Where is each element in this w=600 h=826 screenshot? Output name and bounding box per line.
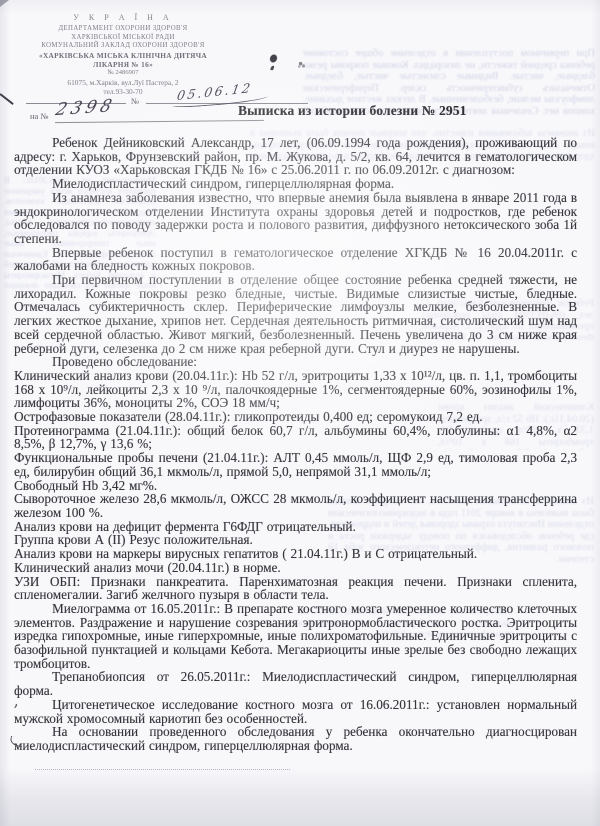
- handwritten-margin-hook: [9, 736, 24, 748]
- outgoing-number-label: №: [131, 96, 139, 106]
- body-paragraph: Свободный Hb 3,42 мг%.: [14, 479, 577, 493]
- body-paragraph: Впервые ребенок поступил в гематологичес…: [14, 246, 577, 273]
- body-paragraph: Острофазовые показатели (28.04.11г.): гл…: [14, 410, 577, 424]
- body-paragraph: УЗИ ОБП: Признаки панкреатита. Паренхима…: [14, 575, 577, 602]
- letterhead-hospital-name-line1: «ХАРКІВСЬКА МІСЬКА КЛІНІЧНА ДИТЯЧА: [6, 51, 240, 60]
- body-paragraph: Цитогенетическое исследование костного м…: [14, 698, 577, 725]
- letterhead-org-type: КОМУНАЛЬНИЙ ЗАКЛАД ОХОРОНИ ЗДОРОВ'Я: [6, 42, 240, 51]
- body-paragraph: Анализ крови на дефицит фермента Г6ФДГ о…: [14, 520, 577, 534]
- ink-speck: [297, 60, 306, 69]
- body-paragraph: При первичном поступлении в отделение об…: [14, 273, 577, 355]
- body-paragraph: Ребенок Дейниковский Александр, 17 лет, …: [14, 136, 577, 177]
- document-body: Ребенок Дейниковский Александр, 17 лет, …: [14, 136, 577, 753]
- body-paragraph: Проведено обследование:: [14, 355, 577, 369]
- body-paragraph: Трепанобиопсия от 26.05.2011г.: Миелодис…: [14, 670, 577, 697]
- handwritten-incoming-number: 2398: [54, 96, 118, 121]
- body-paragraph: Клинический анализ мочи (20.04.11г.) в н…: [14, 561, 577, 575]
- document-title: Выписка из истории болезни № 2951: [238, 103, 467, 119]
- scan-corner-artifact: [0, 0, 9, 7]
- body-paragraph: Анализ крови на маркеры вирусных гепатит…: [14, 547, 577, 561]
- body-paragraph: Из анамнеза заболевания известно, что вп…: [14, 191, 577, 246]
- body-paragraph-diagnosis: Миелодиспластический синдром, гиперцеллю…: [14, 177, 577, 191]
- ink-blot: [266, 50, 281, 66]
- incoming-number-rule: [55, 120, 264, 123]
- body-paragraph: Сывороточное железо 28,6 мкмоль/л, ОЖСС …: [14, 492, 577, 519]
- bleed-through-dotted-line: [35, 769, 290, 770]
- body-paragraph-blood-test: Клинический анализ крови (20.04.11г.): H…: [14, 369, 577, 410]
- letterhead-country: У К Р А Ї Н А: [6, 13, 240, 22]
- letterhead: У К Р А Ї Н А ДЕПАРТАМЕНТ ОХОРОНИ ЗДОРОВ…: [6, 13, 240, 96]
- body-paragraph: Миелограмма от 16.05.2011г.: В препарате…: [14, 602, 577, 671]
- body-paragraph-conclusion: На основании проведенного обследования у…: [14, 725, 577, 752]
- body-paragraph: Группа крови А (II) Резус положительная.: [14, 533, 577, 547]
- letterhead-reg-number: № 2486907: [6, 69, 240, 78]
- body-paragraph: Функциональные пробы печени (21.04.11г.)…: [14, 451, 577, 478]
- scanned-discharge-summary-page: При первичном поступлении в отделение об…: [0, 0, 600, 826]
- body-paragraph: Протеинограмма (21.04.11г.): общий белок…: [14, 424, 577, 451]
- letterhead-hospital-name-line2: ЛІКАРНЯ № 16»: [6, 60, 240, 69]
- letterhead-department-line1: ДЕПАРТАМЕНТ ОХОРОНИ ЗДОРОВ'Я: [6, 25, 240, 34]
- incoming-number-label: на №: [30, 111, 49, 121]
